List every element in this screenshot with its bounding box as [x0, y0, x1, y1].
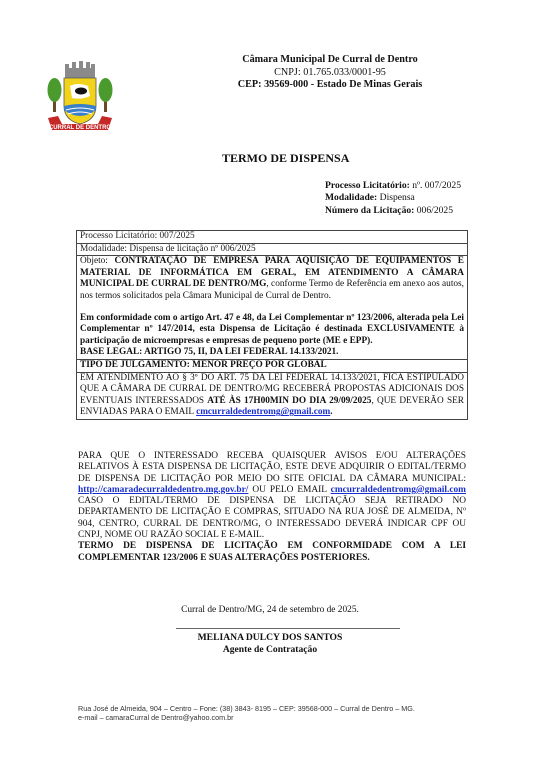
meta-process: Processo Licitatório: nº. 007/2025	[325, 180, 461, 192]
org-cep-state: CEP: 39569-000 - Estado De Minas Gerais	[160, 79, 500, 92]
row-judgment-type: TIPO DE JULGAMENTO: MENOR PREÇO POR GLOB…	[77, 360, 467, 373]
email-link[interactable]: cmcurraldedentromg@gmail.com	[196, 407, 330, 417]
notice-paragraph: PARA QUE O INTERESSADO RECEBA QUAISQUER …	[78, 451, 466, 564]
org-name: Câmara Municipal De Curral de Dentro	[160, 54, 500, 67]
row-object: Objeto: CONTRATAÇÃO DE EMPRESA PARA AQUI…	[77, 256, 467, 360]
legal-basis: BASE LEGAL: ARTIGO 75, II, DA LEI FEDERA…	[80, 347, 464, 359]
row-deadline: EM ATENDIMENTO AO § 3º DO ART. 75 DA LEI…	[77, 373, 467, 419]
object-label: Objeto:	[80, 256, 115, 266]
signer-role: Agente de Contratação	[0, 644, 540, 656]
org-cnpj: CNPJ: 01.765.033/0001-95	[160, 67, 500, 80]
notice-text-2: OU PELO EMAIL	[248, 485, 330, 495]
footer-address: Rua José de Almeida, 904 – Centro – Fone…	[78, 704, 498, 713]
site-link[interactable]: http://camaradecurraldedentro.mg.gov.br/	[78, 485, 248, 495]
footer-email: e-mail – camaraCurral de Dentro@yahoo.co…	[78, 713, 498, 722]
signer-name: MELIANA DULCY DOS SANTOS	[0, 632, 540, 644]
deadline-date: ATÉ ÀS 17H00MIN DO DIA 29/09/2025	[207, 396, 371, 406]
signature-block: MELIANA DULCY DOS SANTOS Agente de Contr…	[0, 632, 540, 656]
notice-email-link[interactable]: cmcurraldedentromg@gmail.com	[331, 485, 466, 495]
coat-of-arms-logo: CURRAL DE DENTRO	[44, 58, 116, 136]
row-modality: Modalidade: Dispensa de licitação nº 006…	[77, 244, 467, 257]
document-title: TERMO DE DISPENSA	[222, 151, 349, 166]
closing-statement: TERMO DE DISPENSA DE LICITAÇÃO EM CONFOR…	[78, 541, 466, 564]
meta-modality: Modalidade: Dispensa	[325, 192, 461, 204]
logo-banner-text: CURRAL DE DENTRO	[49, 125, 112, 131]
letterhead: Câmara Municipal De Curral de Dentro CNP…	[160, 54, 500, 92]
conformity-text: Em conformidade com o artigo Art. 47 e 4…	[80, 313, 464, 348]
place-date: Curral de Dentro/MG, 24 de setembro de 2…	[0, 605, 540, 615]
document-meta: Processo Licitatório: nº. 007/2025 Modal…	[325, 180, 461, 217]
signature-line	[176, 628, 400, 629]
meta-number: Número da Licitação: 006/2025	[325, 205, 461, 217]
dispensa-table: Processo Licitatório: 007/2025 Modalidad…	[76, 230, 468, 420]
row-process: Processo Licitatório: 007/2025	[77, 231, 467, 244]
notice-text-1: PARA QUE O INTERESSADO RECEBA QUAISQUER …	[78, 451, 466, 484]
page-footer: Rua José de Almeida, 904 – Centro – Fone…	[78, 704, 498, 723]
notice-text-3: CASO O EDITAL/TERMO DE DISPENSA DE LICIT…	[78, 496, 466, 540]
